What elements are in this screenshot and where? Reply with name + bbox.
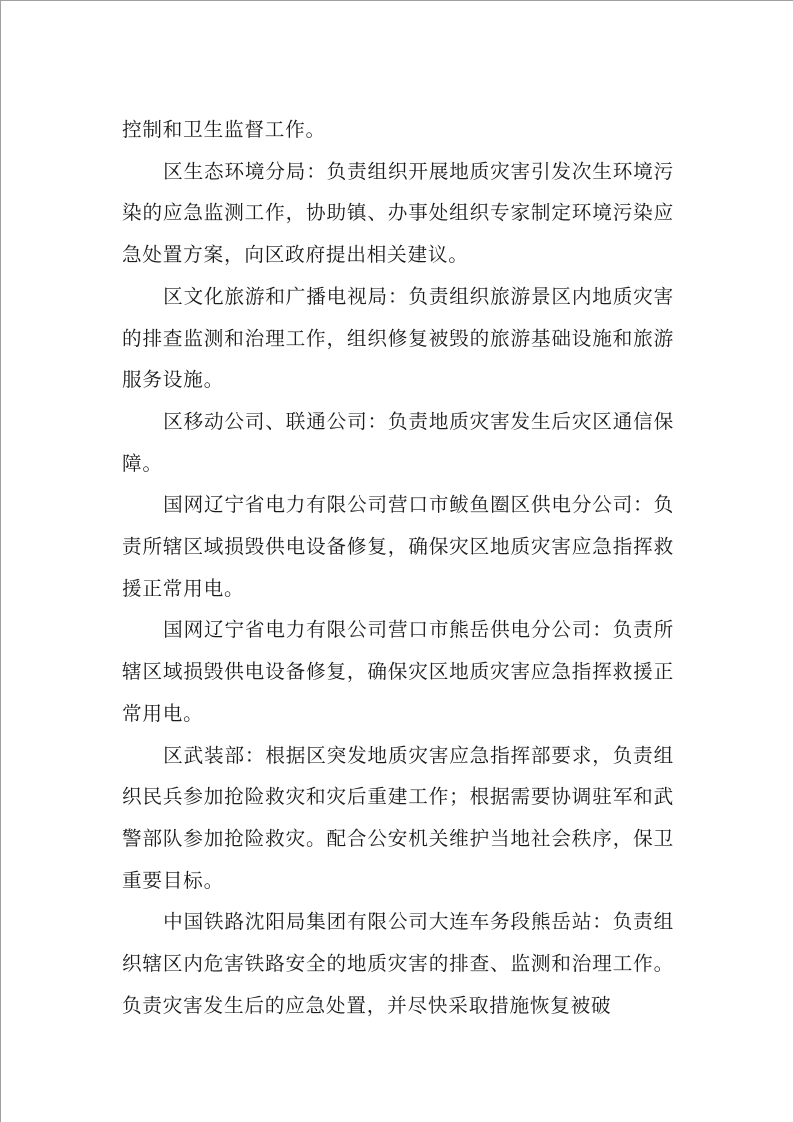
paragraph-railway-station: 中国铁路沈阳局集团有限公司大连车务段熊岳站：负责组织辖区内危害铁路安全的地质灾害… — [122, 901, 674, 1026]
document-body: 控制和卫生监督工作。 区生态环境分局：负责组织开展地质灾害引发次生环境污染的应急… — [122, 109, 674, 1026]
paragraph-mobile-unicom: 区移动公司、联通公司：负责地质灾害发生后灾区通信保障。 — [122, 401, 674, 484]
paragraph-ecology-environment-bureau: 区生态环境分局：负责组织开展地质灾害引发次生环境污染的应急监测工作，协助镇、办事… — [122, 151, 674, 276]
document-page: 控制和卫生监督工作。 区生态环境分局：负责组织开展地质灾害引发次生环境污染的应急… — [0, 0, 793, 1122]
paragraph-power-bayuquan: 国网辽宁省电力有限公司营口市鲅鱼圈区供电分公司：负责所辖区域损毁供电设备修复，确… — [122, 484, 674, 609]
paragraph-power-xiongyue: 国网辽宁省电力有限公司营口市熊岳供电分公司：负责所辖区域损毁供电设备修复，确保灾… — [122, 609, 674, 734]
paragraph-culture-tourism-bureau: 区文化旅游和广播电视局：负责组织旅游景区内地质灾害的排查监测和治理工作，组织修复… — [122, 276, 674, 401]
paragraph-armed-forces-dept: 区武装部：根据区突发地质灾害应急指挥部要求，负责组织民兵参加抢险救灾和灾后重建工… — [122, 735, 674, 902]
paragraph-continued-health-supervision: 控制和卫生监督工作。 — [122, 109, 674, 151]
